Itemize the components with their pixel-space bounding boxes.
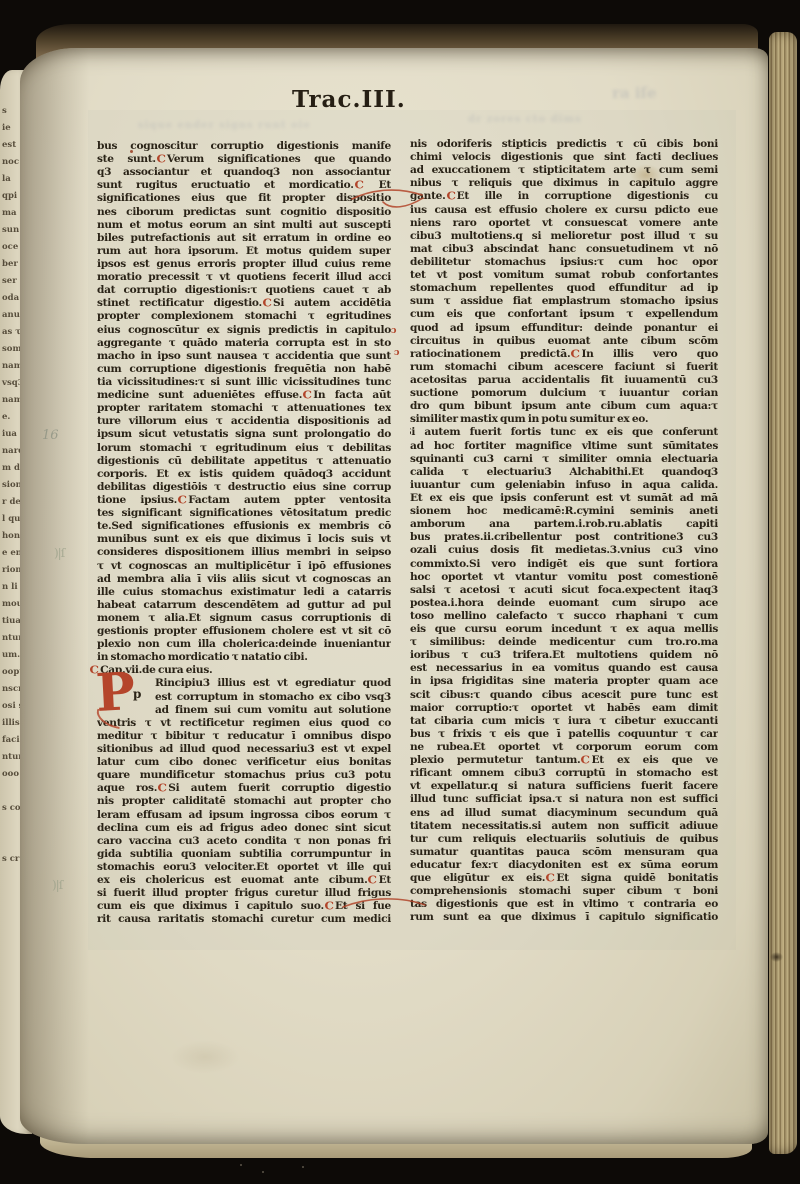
text-line: cum corruptione digestionis frequētia no… bbox=[97, 363, 391, 376]
text-line: caro vaccina cu3 aceto condita τ non pon… bbox=[97, 835, 391, 848]
text-line: ad membra alia ī viis aliis sicut vt cog… bbox=[97, 573, 391, 586]
text-line: nis propter caliditatē stomachi aut prop… bbox=[97, 795, 391, 808]
text-line: tat cibaria cum micis τ iura τ cibetur e… bbox=[410, 715, 718, 728]
text-line: rum sunt ea que diximus ī capitulo signi… bbox=[410, 911, 718, 924]
text-line: toso mellino calefacto τ succo rhaphani … bbox=[410, 610, 718, 623]
guide-letter: p bbox=[133, 687, 141, 701]
text-line: illud tunc sufficiat ipsa.τ si natura no… bbox=[410, 793, 718, 806]
text-line: declina cum eis ad frigus adeo donec sin… bbox=[97, 822, 391, 835]
dust-speck bbox=[262, 1171, 264, 1173]
text-line: similiter mastix qum in potu sumitur ex … bbox=[410, 413, 718, 426]
text-line: calida τ electuariu3 Alchabithi.Et quand… bbox=[410, 466, 718, 479]
text-line: CSi autem fuerit fortis tunc ex eis que … bbox=[410, 426, 718, 439]
text-line: tur cum reliquis electuariis solutiuis d… bbox=[410, 833, 718, 846]
pilcrow-mark: C bbox=[301, 389, 313, 402]
text-line: quare mundificetur stomachus prius cu3 p… bbox=[97, 769, 391, 782]
text-line: iuuantur cum geleniabin infuso in aqua c… bbox=[410, 479, 718, 492]
text-line: sionem hoc medicamē:R.cymini seminis ane… bbox=[410, 505, 718, 518]
text-line: rum stomachi cibum acescere faciunt si f… bbox=[410, 361, 718, 374]
text-line: nes ciborum predictas sunt cognitio disp… bbox=[97, 206, 391, 219]
text-line: ad exuccationem τ stipticitatem arte τ c… bbox=[410, 164, 718, 177]
rubric-flourish-2 bbox=[381, 193, 425, 213]
text-line: ex eis cholericus est euomat ante cibum.… bbox=[97, 874, 391, 887]
text-line: sunt rugitus eructuatio et mordicatio.C … bbox=[97, 179, 391, 192]
text-line: ens ad illud sumat diacyminum secundum q… bbox=[410, 807, 718, 820]
ink-showthrough: ra iſe bbox=[612, 84, 732, 102]
text-line: est necessarius in ea vomitus quando est… bbox=[410, 662, 718, 675]
text-line: eius cognoscūtur ex signis predictis in … bbox=[97, 324, 391, 337]
text-line: debilitetur stomachus ipsius:τ cum hoc o… bbox=[410, 256, 718, 269]
dust-speck bbox=[240, 1164, 242, 1166]
text-line: sum τ assidue fiat emplastrum stomacho i… bbox=[410, 295, 718, 308]
text-line: tione ipsius.CFactam autem ppter ventosi… bbox=[97, 494, 391, 507]
rubricated-initial-P: P bbox=[95, 666, 135, 720]
pilcrow-mark: C bbox=[570, 348, 582, 361]
text-line: vt expellatur.q si natura sufficiens fue… bbox=[410, 780, 718, 793]
text-line: habeat catarrum descendētem ad guttur ad… bbox=[97, 599, 391, 612]
parchment-stain bbox=[170, 1040, 240, 1074]
pencil-marginalia: 16 bbox=[42, 428, 59, 443]
text-line: τ vt cognoscas an multiplicētur ī ipō ef… bbox=[97, 560, 391, 573]
pilcrow-mark: C bbox=[445, 190, 457, 203]
text-line: educatur fex:τ diacydoniten est ex sūma … bbox=[410, 859, 718, 872]
pen-marginalia: )|ſ bbox=[52, 878, 62, 892]
text-line: commixto.Si vero indigēt eis que sunt fo… bbox=[410, 558, 718, 571]
text-line: medicine sunt adueniētes effuse.CIn fact… bbox=[97, 389, 391, 402]
book-fore-edge-pages bbox=[769, 32, 797, 1154]
text-line: tes significant significationes vētosita… bbox=[97, 507, 391, 520]
pilcrow-mark: C bbox=[176, 494, 188, 507]
photo-backdrop: sieestnoclaqpimasunoceberserodaanuras τs… bbox=[0, 0, 800, 1184]
text-line: gante.CEt ille in corruptione digestioni… bbox=[410, 190, 718, 203]
text-line: rificant omnem cibu3 corruptū in stomach… bbox=[410, 767, 718, 780]
text-line: ne rubea.Et oportet vt corporum eorum co… bbox=[410, 741, 718, 754]
pilcrow-mark: C bbox=[367, 874, 379, 887]
text-line: suctione pomorum dulcium τ iuuantur cori… bbox=[410, 387, 718, 400]
text-line: cibu3 multotiens.q si melioretur post il… bbox=[410, 230, 718, 243]
pilcrow-mark: C bbox=[156, 782, 168, 795]
text-line: sitionibus ad illud quod necessariu3 est… bbox=[97, 743, 391, 756]
text-line: ioribus τ cu3 trifera.Et multotiens quid… bbox=[410, 649, 718, 662]
text-line: ste sunt.CVerum significationes que quan… bbox=[97, 153, 391, 166]
text-line: aggregante τ quādo materia corrupta est … bbox=[97, 337, 391, 350]
text-line: in ipsa frigiditas sine materia propter … bbox=[410, 675, 718, 688]
text-line: plexio permutetur tantum.CEt ex eis que … bbox=[410, 754, 718, 767]
text-line: nibus τ reliquis que diximus in capitulo… bbox=[410, 177, 718, 190]
text-line: scit cibus:τ quando cibus acescit pure t… bbox=[410, 689, 718, 702]
text-line: corporis. Et ex istis quidem quādoq3 acc… bbox=[97, 468, 391, 481]
red-margin-mark: ɔ bbox=[394, 348, 399, 358]
text-line: ipsum sicut vetustatis signa sunt prolon… bbox=[97, 428, 391, 441]
text-line: digestionis cū debilitate appetitus τ at… bbox=[97, 455, 391, 468]
text-line: bus prates.ii.cribellentur post contriti… bbox=[410, 531, 718, 544]
text-line: sumatur quantitas pauca scōm mensuram qu… bbox=[410, 846, 718, 859]
dust-speck bbox=[302, 1166, 304, 1168]
pilcrow-mark: C bbox=[261, 297, 273, 310]
text-line: stomachis eoru3 velociter.Et oportet vt … bbox=[97, 861, 391, 874]
text-line: ad hoc fortiter magnifice vltime sunt sū… bbox=[410, 440, 718, 453]
text-line: propter complexionem stomachi τ egritudi… bbox=[97, 310, 391, 323]
text-line: acetositas parua accidentalis fit iuuame… bbox=[410, 374, 718, 387]
text-line: que eligūtur ex eis.CEt signa quidē boni… bbox=[410, 872, 718, 885]
text-line: in stomacho mordicatio τ natatio cibi. bbox=[97, 651, 391, 664]
text-line: propter raritatem stomachi τ attenuation… bbox=[97, 402, 391, 415]
text-line: eis que cursu eorum incedunt τ ex aqua m… bbox=[410, 623, 718, 636]
text-line: dro qum bibunt ipsum ante cibum cum aqua… bbox=[410, 400, 718, 413]
text-line: aque ros.CSi autem fuerit corruptio dige… bbox=[97, 782, 391, 795]
text-line: latur cum cibo donec verificetur eius bo… bbox=[97, 756, 391, 769]
pen-marginalia: )|ſ bbox=[54, 546, 64, 560]
text-line: postea.i.hora deinde euomant cum sirupo … bbox=[410, 597, 718, 610]
chapter-initial: P p bbox=[96, 674, 152, 720]
text-line: plexio non cum illa cholerica:deinde inu… bbox=[97, 638, 391, 651]
text-line: ius causa est effusio cholere ex cursu p… bbox=[410, 204, 718, 217]
text-line: biles putrefactionis aut sit erratum in … bbox=[97, 232, 391, 245]
text-line: hoc oportet vt vtantur vomitu post comes… bbox=[410, 571, 718, 584]
text-line: niens raro oportet vt consuescat vomere … bbox=[410, 217, 718, 230]
text-line: bus τ frixis τ eis que ī patellis coquun… bbox=[410, 728, 718, 741]
pilcrow-mark: C bbox=[545, 872, 557, 885]
text-line: quod ad ipsum effunditur: deinde ponantu… bbox=[410, 322, 718, 335]
text-line: ipsos est genus erroris propter illud cu… bbox=[97, 258, 391, 271]
text-line: meditur τ bibitur τ reducatur ī omnibus … bbox=[97, 730, 391, 743]
text-line: bus cognoscitur corruptio digestionis ma… bbox=[97, 140, 391, 153]
text-line: salsi τ acetosi τ acuti sicut foca.expec… bbox=[410, 584, 718, 597]
ink-showthrough: sique ender signs runt oie bbox=[138, 120, 378, 131]
text-line: ozali cuius dosis fit medietas.3.vnius c… bbox=[410, 544, 718, 557]
fore-edge-smudge bbox=[770, 952, 783, 962]
text-line: munibus sunt ex eis que diximus ī locis … bbox=[97, 533, 391, 546]
text-line: gida subtilia quoniam subtilia corrumpun… bbox=[97, 848, 391, 861]
text-line: lorum stomachi τ egritudinum eius τ debi… bbox=[97, 442, 391, 455]
text-line: amborum ana partem.i.rob.ru.ablatis capi… bbox=[410, 518, 718, 531]
text-line: circuitus in quibus euomat ante cibum sc… bbox=[410, 335, 718, 348]
text-line: tas digestionis que est in vltimo τ cont… bbox=[410, 898, 718, 911]
text-line: squinanti cu3 carni τ similiter omnia el… bbox=[410, 453, 718, 466]
text-line: ratiocinationem predictā.CIn illis vero … bbox=[410, 348, 718, 361]
pilcrow-mark: C bbox=[155, 153, 167, 166]
text-column-left: bus cognoscitur corruptio digestionis ma… bbox=[97, 140, 391, 927]
text-line: τ similibus: deinde medicentur cum tro.r… bbox=[410, 636, 718, 649]
text-line: leram effusam ad ipsum ingrossa cibos eo… bbox=[97, 809, 391, 822]
text-line: chimi velocis digestionis que sint facti… bbox=[410, 151, 718, 164]
text-line: q3 associantur et quandoq3 non associant… bbox=[97, 166, 391, 179]
text-line: ture villorum eius τ accidentia disposit… bbox=[97, 415, 391, 428]
text-line: debilitas digestiōis τ destructio eius s… bbox=[97, 481, 391, 494]
text-line: Et ex eis que ipsis conferunt est vt sum… bbox=[410, 492, 718, 505]
text-line: mat cibu3 abscindat hanc consuetudinem v… bbox=[410, 243, 718, 256]
text-line: rit causa raritatis stomachi curetur cum… bbox=[97, 913, 391, 926]
text-line: comprehensionis stomachi super cibum τ b… bbox=[410, 885, 718, 898]
text-column-right: nis odoriferis stipticis predictis τ cū … bbox=[410, 138, 718, 925]
ink-showthrough: dr zores cto dims bbox=[468, 114, 698, 125]
text-line: nis odoriferis stipticis predictis τ cū … bbox=[410, 138, 718, 151]
text-line: stinet rectificatur digestio.CSi autem a… bbox=[97, 297, 391, 310]
text-line: maior corruptio:τ oportet vt habēs eam d… bbox=[410, 702, 718, 715]
text-line: consideres dispositionem illius membri i… bbox=[97, 546, 391, 559]
text-line: titatem necessitatis.si autem non suffic… bbox=[410, 820, 718, 833]
text-line: monem τ alia.Et signum casus corruptioni… bbox=[97, 612, 391, 625]
text-line: cum eis que confortant ipsum τ expellend… bbox=[410, 308, 718, 321]
pilcrow-mark: C bbox=[323, 900, 335, 913]
text-line: significationes eius que fit propter dis… bbox=[97, 192, 391, 205]
text-line: macho in ipso sunt nausea τ accidentia q… bbox=[97, 350, 391, 363]
text-line: tia vicissitudines:τ si sunt illic vicis… bbox=[97, 376, 391, 389]
running-header: Trac.III. bbox=[292, 86, 406, 113]
text-line: num et motus eorum an sint multi aut sus… bbox=[97, 219, 391, 232]
rubric-flourish-3 bbox=[341, 895, 427, 911]
text-line: rum aut hora ipsorum. Et motus quidem su… bbox=[97, 245, 391, 258]
text-line: ille cuius stomachus existimatur ledi a … bbox=[97, 586, 391, 599]
text-line: te.Sed significationes effusionis ex mem… bbox=[97, 520, 391, 533]
text-line: tet vt post vomitum sumat robub conforta… bbox=[410, 269, 718, 282]
text-line: gestionis propter effusionem cholere est… bbox=[97, 625, 391, 638]
text-line: moratio precessit τ vt quotiens fecerit … bbox=[97, 271, 391, 284]
red-margin-mark: ɔ bbox=[391, 326, 396, 336]
pilcrow-mark: C bbox=[580, 754, 592, 767]
text-line: dat corruptio digestionis:τ quotiens cau… bbox=[97, 284, 391, 297]
text-line: stomachum repellentes quod effunditur ad… bbox=[410, 282, 718, 295]
